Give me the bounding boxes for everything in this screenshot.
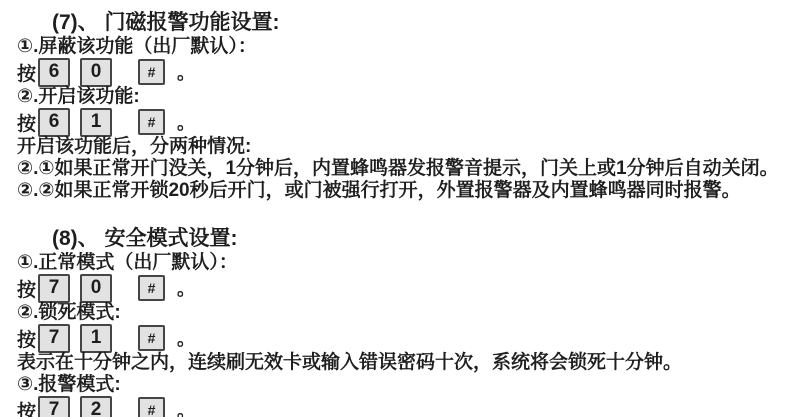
- keypad-key-7: 7: [38, 274, 70, 303]
- instruction-line: 表示在十分钟之内，连续刷无效卡或输入错误密码十次，系统将会锁死十分钟。: [17, 352, 788, 374]
- keypad-key-1: 1: [80, 108, 112, 137]
- manual-page: (7)、 门磁报警功能设置: ①.屏蔽该功能（出厂默认）： 按 6 0 # 。 …: [0, 0, 790, 417]
- instruction-line: 开启该功能后，分两种情况:: [17, 136, 788, 158]
- press-label: 按: [17, 325, 36, 352]
- press-label: 按: [17, 109, 36, 136]
- keypad-key-6: 6: [38, 108, 70, 137]
- key-sequence-row: 按 7 2 # 。: [17, 396, 788, 417]
- keypad-key-hash: #: [138, 325, 165, 351]
- instruction-line: ②.开启该功能:: [17, 86, 788, 108]
- section-heading-door-magnet-alarm: (7)、 门磁报警功能设置:: [17, 10, 788, 36]
- keypad-key-0: 0: [80, 58, 112, 87]
- keypad-key-6: 6: [38, 58, 70, 87]
- keypad-key-hash: #: [138, 109, 165, 135]
- instruction-line: ②.①如果正常开门没关，1分钟后，内置蜂鸣器发报警音提示，门关上或1分钟后自动关…: [17, 158, 788, 180]
- period-label: 。: [177, 59, 195, 85]
- key-sequence-row: 按 6 0 # 。: [17, 58, 788, 86]
- press-label: 按: [17, 275, 36, 302]
- key-sequence-row: 按 7 1 # 。: [17, 324, 788, 352]
- period-label: 。: [177, 397, 195, 417]
- press-label: 按: [17, 397, 36, 417]
- section-heading-security-mode: (8)、 安全模式设置:: [17, 226, 788, 252]
- instruction-line: ②.锁死模式:: [17, 302, 788, 324]
- instruction-line: ①.正常模式（出厂默认）：: [17, 252, 788, 274]
- key-sequence-row: 按 7 0 # 。: [17, 274, 788, 302]
- period-label: 。: [177, 275, 195, 301]
- keypad-key-2: 2: [80, 396, 112, 417]
- instruction-line: ②.②如果正常开锁20秒后开门，或门被强行打开，外置报警器及内置蜂鸣器同时报警。: [17, 180, 788, 202]
- instruction-line: ③.报警模式:: [17, 374, 788, 396]
- period-label: 。: [177, 325, 195, 351]
- keypad-key-hash: #: [138, 59, 165, 85]
- keypad-key-hash: #: [138, 275, 165, 301]
- keypad-key-hash: #: [138, 397, 165, 417]
- section-gap: [17, 202, 788, 226]
- keypad-key-7: 7: [38, 396, 70, 417]
- instruction-line: ①.屏蔽该功能（出厂默认）：: [17, 36, 788, 58]
- keypad-key-1: 1: [80, 324, 112, 353]
- press-label: 按: [17, 59, 36, 86]
- period-label: 。: [177, 109, 195, 135]
- keypad-key-0: 0: [80, 274, 112, 303]
- key-sequence-row: 按 6 1 # 。: [17, 108, 788, 136]
- keypad-key-7: 7: [38, 324, 70, 353]
